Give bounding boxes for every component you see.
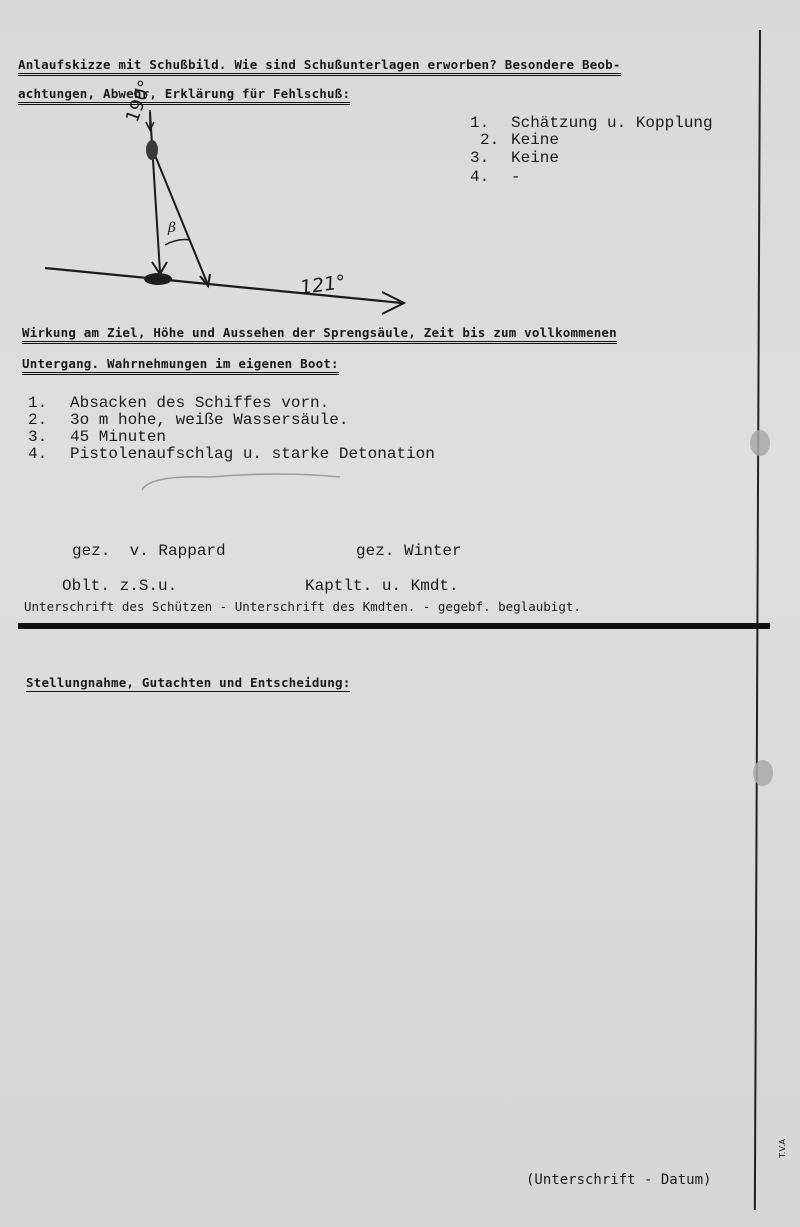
- effect-4-text: Pistolenaufschlag u. starke Detonation: [70, 446, 435, 463]
- shooter-rank: Oblt. z.S.u.: [62, 578, 177, 595]
- effect-3-num: 3.: [28, 429, 47, 446]
- margin-stamp: T.V.A: [778, 1139, 787, 1158]
- effect-2-text: 3o m hohe, weiße Wassersäule.: [70, 412, 348, 429]
- sketch-label-angle: β: [168, 220, 176, 236]
- answer-4-num: 4.: [470, 169, 489, 186]
- target-ship-marker: [144, 273, 172, 285]
- section-divider: [18, 623, 770, 629]
- answer-3-num: 3.: [470, 150, 489, 167]
- effect-1-num: 1.: [28, 395, 47, 412]
- effect-4-num: 4.: [28, 446, 47, 463]
- effect-2-num: 2.: [28, 412, 47, 429]
- answer-1-num: 1.: [470, 115, 489, 132]
- target-course-line: [45, 268, 402, 303]
- section3-heading: Stellungnahme, Gutachten und Entscheidun…: [26, 675, 350, 692]
- commander-signature: gez. Winter: [356, 543, 462, 560]
- answer-4-text: -: [511, 169, 521, 186]
- answer-3-text: Keine: [511, 150, 559, 167]
- answer-1-text: Schätzung u. Kopplung: [511, 115, 713, 132]
- shooter-signature: gez. v. Rappard: [72, 543, 226, 560]
- answer-2-num: 2.: [480, 132, 499, 149]
- signature-caption: Unterschrift des Schützen - Unterschrift…: [24, 599, 581, 614]
- torpedo-track-line: [150, 112, 160, 272]
- section2-heading-line2: Untergang. Wahrnehmungen im eigenen Boot…: [22, 356, 339, 375]
- answer-2-text: Keine: [511, 132, 559, 149]
- document-page: Anlaufskizze mit Schußbild. Wie sind Sch…: [0, 0, 800, 1227]
- u-boat-marker: [146, 140, 158, 160]
- section2-heading-line1: Wirkung am Ziel, Höhe und Aussehen der S…: [22, 325, 617, 344]
- effect-3-text: 45 Minuten: [70, 429, 166, 446]
- pencil-stroke: [130, 465, 530, 505]
- signature-date-caption: (Unterschrift - Datum): [526, 1172, 711, 1188]
- punch-hole: [750, 430, 770, 456]
- effect-1-text: Absacken des Schiffes vorn.: [70, 395, 329, 412]
- attack-sketch: [0, 0, 800, 330]
- punch-hole: [753, 760, 773, 786]
- commander-rank: Kaptlt. u. Kmdt.: [305, 578, 459, 595]
